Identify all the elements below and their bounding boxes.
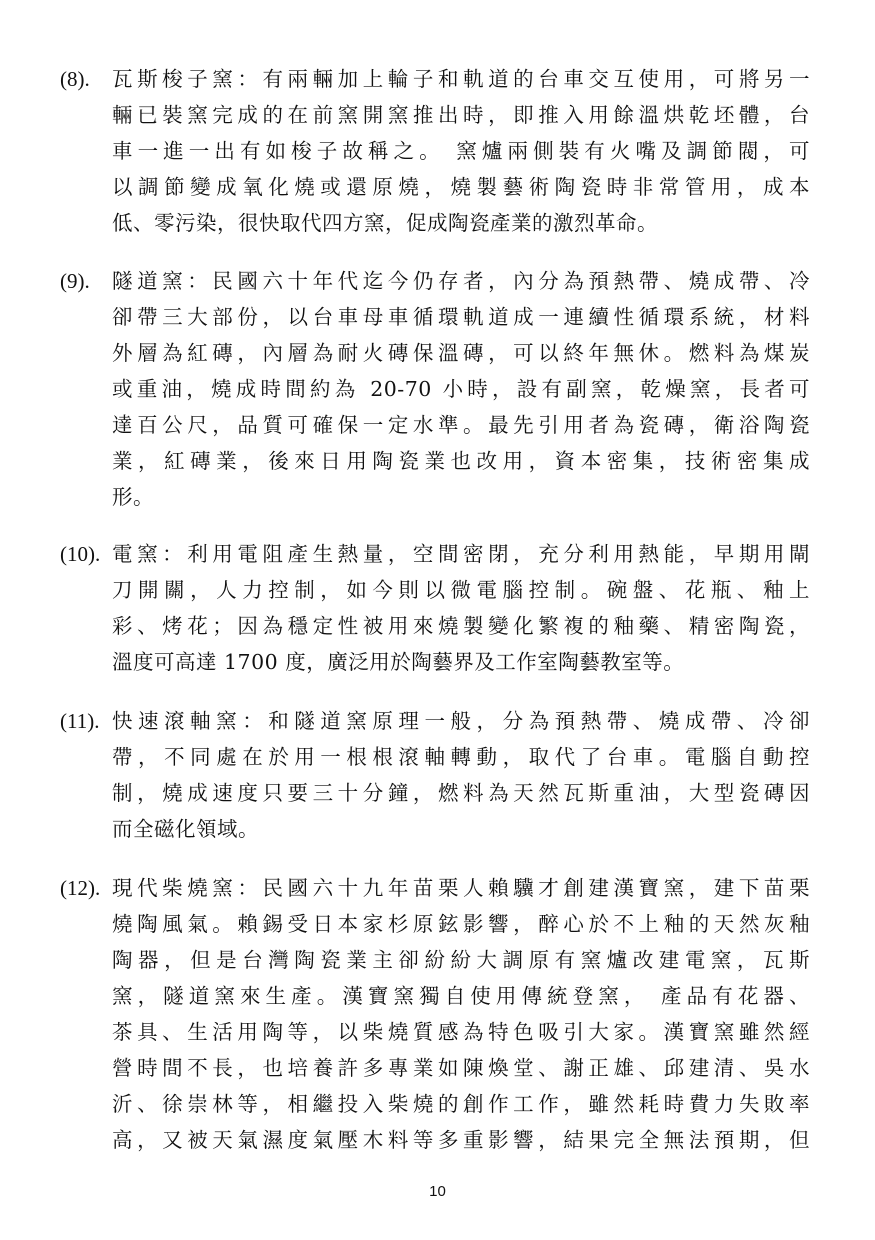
text-line: 卻帶三大部份，以台車母車循環軌道成一連續性循環系統，材料 — [112, 299, 810, 335]
text-line: 形。 — [112, 479, 810, 515]
text-line: 業，紅磚業，後來日用陶瓷業也改用，資本密集，技術密集成 — [112, 443, 810, 479]
item-number: (8). — [60, 61, 90, 97]
text-line: 刀開關，人力控制，如今則以微電腦控制。碗盤、花瓶、釉上 — [112, 572, 810, 608]
text-line: 而全磁化領域。 — [112, 811, 810, 847]
item-text: 快速滾軸窯：和隧道窯原理一般，分為預熱帶、燒成帶、冷卻 帶，不同處在於用一根根滾… — [112, 703, 810, 847]
text-line: 制，燒成速度只要三十分鐘，燃料為天然瓦斯重油，大型瓷磚因 — [112, 775, 810, 811]
text-line: 達百公尺，品質可確保一定水準。最先引用者為瓷磚，衛浴陶瓷 — [112, 407, 810, 443]
text-line: 溫度可高達 1700 度，廣泛用於陶藝界及工作室陶藝教室等。 — [112, 644, 810, 680]
text-line: 沂、徐崇林等，相繼投入柴燒的創作工作，雖然耗時費力失敗率 — [112, 1086, 810, 1122]
text-line: 電窯：利用電阻產生熱量，空間密閉，充分利用熱能，早期用閘 — [112, 536, 810, 572]
text-line: 營時間不長，也培養許多專業如陳煥堂、謝正雄、邱建清、吳水 — [112, 1050, 810, 1086]
text-line: 燒陶風氣。賴錫受日本家杉原鉉影響，醉心於不上釉的天然灰釉 — [112, 906, 810, 942]
item-text: 隧道窯：民國六十年代迄今仍存者，內分為預熱帶、燒成帶、冷 卻帶三大部份，以台車母… — [112, 263, 810, 515]
page-number: 10 — [0, 1180, 875, 1204]
item-number: (10). — [60, 536, 100, 572]
text-line: 現代柴燒窯：民國六十九年苗栗人賴驥才創建漢寶窯，建下苗栗 — [112, 870, 810, 906]
text-line: 快速滾軸窯：和隧道窯原理一般，分為預熱帶、燒成帶、冷卻 — [112, 703, 810, 739]
text-line: 茶具、生活用陶等，以柴燒質感為特色吸引大家。漢寶窯雖然經 — [112, 1014, 810, 1050]
item-text: 瓦斯梭子窯：有兩輛加上輪子和軌道的台車交互使用，可將另一 輛已裝窯完成的在前窯開… — [112, 61, 810, 241]
text-line: 外層為紅磚，內層為耐火磚保溫磚，可以終年無休。燃料為煤炭 — [112, 335, 810, 371]
text-line: 陶器，但是台灣陶瓷業主卻紛紛大調原有窯爐改建電窯，瓦斯 — [112, 942, 810, 978]
item-number: (12). — [60, 870, 100, 906]
text-line: 車一進一出有如梭子故稱之。 窯爐兩側裝有火嘴及調節閥，可 — [112, 133, 810, 169]
item-text: 現代柴燒窯：民國六十九年苗栗人賴驥才創建漢寶窯，建下苗栗 燒陶風氣。賴錫受日本家… — [112, 870, 810, 1158]
text-line: 彩、烤花；因為穩定性被用來燒製變化繁複的釉藥、精密陶瓷， — [112, 608, 810, 644]
item-number: (11). — [60, 703, 99, 739]
text-line: 瓦斯梭子窯：有兩輛加上輪子和軌道的台車交互使用，可將另一 — [112, 61, 810, 97]
text-line: 以調節變成氧化燒或還原燒，燒製藝術陶瓷時非常管用，成本 — [112, 169, 810, 205]
text-line: 高，又被天氣濕度氣壓木料等多重影響，結果完全無法預期，但 — [112, 1122, 810, 1158]
item-number: (9). — [60, 263, 90, 299]
text-line: 或重油，燒成時間約為 20-70 小時，設有副窯，乾燥窯，長者可 — [112, 371, 810, 407]
text-line: 窯，隧道窯來生產。漢寶窯獨自使用傳統登窯， 產品有花器、 — [112, 978, 810, 1014]
text-line: 低、零污染，很快取代四方窯，促成陶瓷產業的激烈革命。 — [112, 205, 810, 241]
text-line: 隧道窯：民國六十年代迄今仍存者，內分為預熱帶、燒成帶、冷 — [112, 263, 810, 299]
item-text: 電窯：利用電阻產生熱量，空間密閉，充分利用熱能，早期用閘 刀開關，人力控制，如今… — [112, 536, 810, 680]
text-line: 帶，不同處在於用一根根滾軸轉動，取代了台車。電腦自動控 — [112, 739, 810, 775]
text-line: 輛已裝窯完成的在前窯開窯推出時，即推入用餘溫烘乾坯體，台 — [112, 97, 810, 133]
